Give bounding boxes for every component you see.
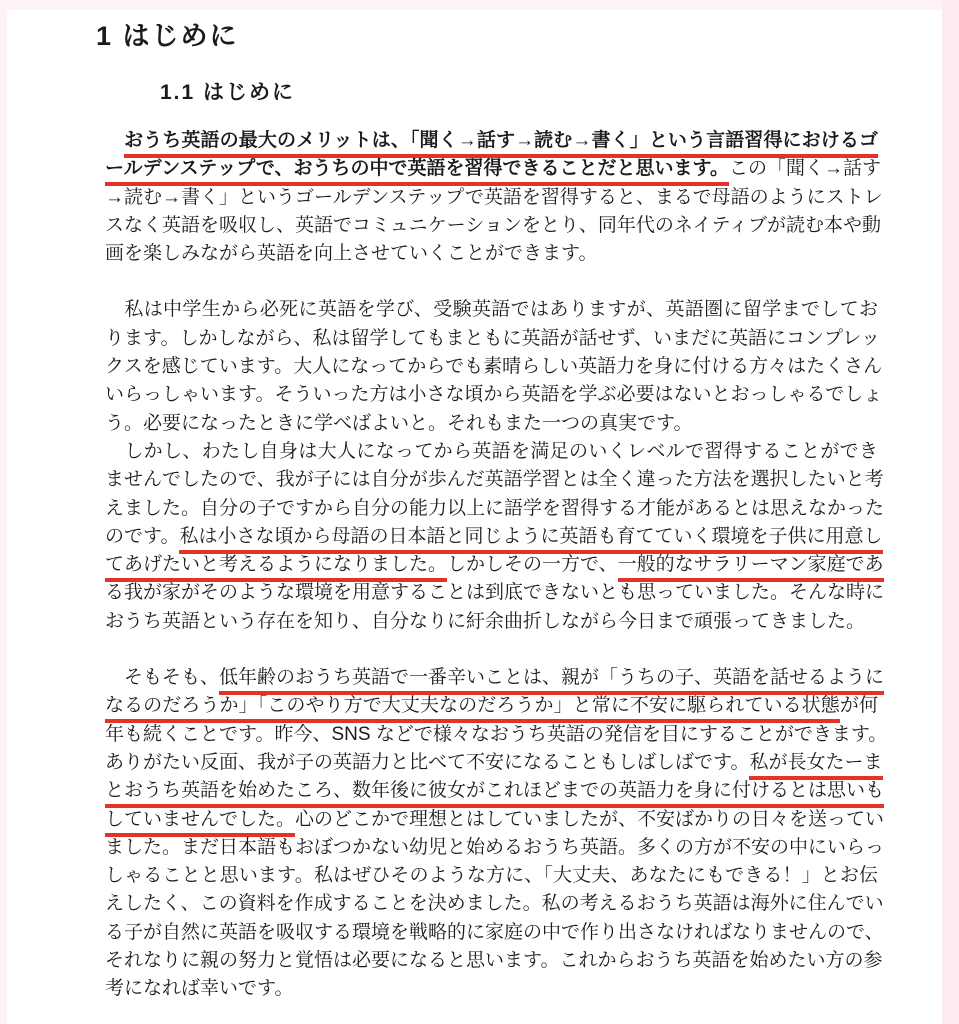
text-line: ールデンステップで、おうちの中で英語を習得できることだと思います。この「聞く→話…: [105, 155, 878, 183]
text-line: おうち英語の最大のメリットは、「聞く→話す→読む→書く」という言語習得におけるゴ: [105, 127, 878, 155]
text-line: る子が自然に英語を吸収する環境を戦略的に家庭の中で作り出さなければなりませんので…: [105, 919, 878, 947]
text-segment: 心のどこかで理想とはしていましたが、不安ばかりの日々を送ってい: [295, 809, 884, 830]
underlined-text: なるのだろうか」「このやり方で大丈夫なのだろうか」と常に不安に駆られている状態: [105, 695, 840, 723]
text-segment: ませんでしたので、我が子には自分が歩んだ英語学習とは全く違った方法を選択したいと…: [105, 469, 884, 490]
text-line: てあげたいと考えるようになりました。しかしその一方で、一般的なサラリーマン家庭で…: [105, 551, 878, 579]
text-line: えしたく、この資料を作成することを決めました。私の考えるおうち英語は海外に住んで…: [105, 890, 878, 918]
text-line: ります。しかしながら、私は留学してもまともに英語が話せず、いまだに英語にコンプレ…: [105, 325, 878, 353]
underlined-text: していませんでした。: [105, 809, 295, 837]
text-segment: クスを感じています。大人になってからでも素晴らしい英語力を身に付ける方々はたくさ…: [105, 356, 882, 377]
text-line: 考になれば幸いです。: [105, 975, 878, 1003]
text-segment: る子が自然に英語を吸収する環境を戦略的に家庭の中で作り出さなければなりませんので…: [105, 922, 884, 943]
text-segment: [105, 130, 124, 151]
text-segment: えました。自分の子ですから自分の能力以上に語学を習得する才能があるとは思えなかっ…: [105, 498, 884, 519]
text-line: なるのだろうか」「このやり方で大丈夫なのだろうか」と常に不安に駆られている状態が…: [105, 692, 878, 720]
text-segment: しかしその一方で、: [447, 554, 618, 575]
text-segment: そもそも、: [105, 667, 219, 688]
underlined-text: おうち英語の最大のメリットは、「聞く→話す→読む→書く」という言語習得におけるゴ: [124, 130, 878, 158]
text-segment: スなく英語を吸収し、英語でコミュニケーションをとり、同年代のネイティブが読む本や…: [105, 215, 881, 236]
text-segment: が何: [840, 695, 878, 716]
underlined-text: 私が長女たーま: [749, 752, 882, 780]
text-line: ました。まだ日本語もおぼつかない幼児と始めるおうち英語。多くの方が不安の中にいら…: [105, 834, 878, 862]
page-edge-left: [0, 0, 7, 1024]
text-segment: 私は中学生から必死に英語を学び、受験英語ではありますが、英語圏に留学までしてお: [105, 299, 878, 320]
text-segment: 画を楽しみながら英語を向上させていくことができます。: [105, 243, 597, 264]
text-line: とおうち英語を始めたころ、数年後に彼女がこれほどまでの英語力を身に付けるとは思い…: [105, 777, 878, 805]
text-segment: この「聞く→話す: [729, 158, 881, 179]
text-segment: しかし、わたし自身は大人になってから英語を満足のいくレベルで習得することができ: [105, 441, 878, 462]
text-line: それなりに親の努力と覚悟は必要になると思います。これからおうち英語を始めたい方の…: [105, 947, 878, 975]
document-body: おうち英語の最大のメリットは、「聞く→話す→読む→書く」という言語習得におけるゴ…: [105, 127, 878, 1004]
underlined-text: 一般的なサラリーマン家庭であ: [618, 554, 884, 582]
text-segment: おうち英語という存在を知り、自分なりに紆余曲折しながら今日まで頑張ってきました。: [105, 611, 865, 632]
underlined-text: とおうち英語を始めたころ、数年後に彼女がこれほどまでの英語力を身に付けるとは思い…: [105, 780, 884, 808]
text-line: 年も続くことです。昨今、SNS などで様々なおうち英語の発信を目にすることができ…: [105, 721, 878, 749]
document-page: 1 はじめに 1.1 はじめに おうち英語の最大のメリットは、「聞く→話す→読む…: [96, 20, 886, 1004]
text-segment: えしたく、この資料を作成することを決めました。私の考えるおうち英語は海外に住んで…: [105, 893, 884, 914]
paragraph: そもそも、低年齢のおうち英語で一番辛いことは、親が「うちの子、英語を話せるように…: [105, 664, 878, 1004]
text-line: しかし、わたし自身は大人になってから英語を満足のいくレベルで習得することができ: [105, 438, 878, 466]
text-line: ませんでしたので、我が子には自分が歩んだ英語学習とは全く違った方法を選択したいと…: [105, 466, 878, 494]
text-segment: ありがたい反面、我が子の英語力と比べて不安になることもしばしばです。: [105, 752, 749, 773]
text-line: しゃることと思います。私はぜひそのような方に、「大丈夫、あなたにもできる！」とお…: [105, 862, 878, 890]
paragraph: おうち英語の最大のメリットは、「聞く→話す→読む→書く」という言語習得におけるゴ…: [105, 127, 878, 268]
text-segment: →読む→書く」というゴールデンステップで英語を習得すると、まるで母語のようにスト…: [105, 187, 883, 208]
underlined-text: ールデンステップで、おうちの中で英語を習得できることだと思います。: [105, 158, 729, 186]
text-line: ありがたい反面、我が子の英語力と比べて不安になることもしばしばです。私が長女たー…: [105, 749, 878, 777]
paragraph: 私は中学生から必死に英語を学び、受験英語ではありますが、英語圏に留学までしており…: [105, 296, 878, 636]
text-line: 私は中学生から必死に英語を学び、受験英語ではありますが、英語圏に留学までしてお: [105, 296, 878, 324]
text-line: のです。私は小さな頃から母語の日本語と同じように英語も育てていく環境を子供に用意…: [105, 523, 878, 551]
text-line: る我が家がそのような環境を用意することは到底できないとも思っていました。そんな時…: [105, 579, 878, 607]
section-title: 1 はじめに: [96, 20, 886, 52]
underlined-text: 低年齢のおうち英語で一番辛いことは、親が「うちの子、英語を話せるように: [219, 667, 884, 695]
text-segment: 考になれば幸いです。: [105, 978, 293, 999]
underlined-text: てあげたいと考えるようになりました。: [105, 554, 447, 582]
text-line: う。必要になったときに学べばよいと。それもまた一つの真実です。: [105, 410, 878, 438]
text-line: おうち英語という存在を知り、自分なりに紆余曲折しながら今日まで頑張ってきました。: [105, 608, 878, 636]
page-edge-right: [942, 0, 959, 1024]
text-line: いらっしゃいます。そういった方は小さな頃から英語を学ぶ必要はないとおっしゃるでし…: [105, 381, 878, 409]
text-line: 画を楽しみながら英語を向上させていくことができます。: [105, 240, 878, 268]
text-segment: 年も続くことです。昨今、SNS などで様々なおうち英語の発信を目にすることができ…: [105, 724, 887, 745]
text-line: そもそも、低年齢のおうち英語で一番辛いことは、親が「うちの子、英語を話せるように: [105, 664, 878, 692]
text-segment: ります。しかしながら、私は留学してもまともに英語が話せず、いまだに英語にコンプレ…: [105, 328, 880, 349]
underlined-text: 私は小さな頃から母語の日本語と同じように英語も育てていく環境を子供に用意し: [179, 526, 882, 554]
text-segment: しゃることと思います。私はぜひそのような方に、「大丈夫、あなたにもできる！」とお…: [105, 865, 878, 886]
text-line: →読む→書く」というゴールデンステップで英語を習得すると、まるで母語のようにスト…: [105, 184, 878, 212]
text-line: スなく英語を吸収し、英語でコミュニケーションをとり、同年代のネイティブが読む本や…: [105, 212, 878, 240]
page-edge-top: [0, 0, 959, 10]
text-segment: る我が家がそのような環境を用意することは到底できないとも思っていました。そんな時…: [105, 582, 884, 603]
text-segment: いらっしゃいます。そういった方は小さな頃から英語を学ぶ必要はないとおっしゃるでし…: [105, 384, 882, 405]
text-segment: う。必要になったときに学べばよいと。それもまた一つの真実です。: [105, 413, 692, 434]
text-segment: それなりに親の努力と覚悟は必要になると思います。これからおうち英語を始めたい方の…: [105, 950, 882, 971]
text-line: クスを感じています。大人になってからでも素晴らしい英語力を身に付ける方々はたくさ…: [105, 353, 878, 381]
text-segment: のです。: [105, 526, 179, 547]
text-line: していませんでした。心のどこかで理想とはしていましたが、不安ばかりの日々を送って…: [105, 806, 878, 834]
subsection-title: 1.1 はじめに: [160, 80, 886, 106]
text-segment: ました。まだ日本語もおぼつかない幼児と始めるおうち英語。多くの方が不安の中にいら…: [105, 837, 884, 858]
text-line: えました。自分の子ですから自分の能力以上に語学を習得する才能があるとは思えなかっ…: [105, 495, 878, 523]
